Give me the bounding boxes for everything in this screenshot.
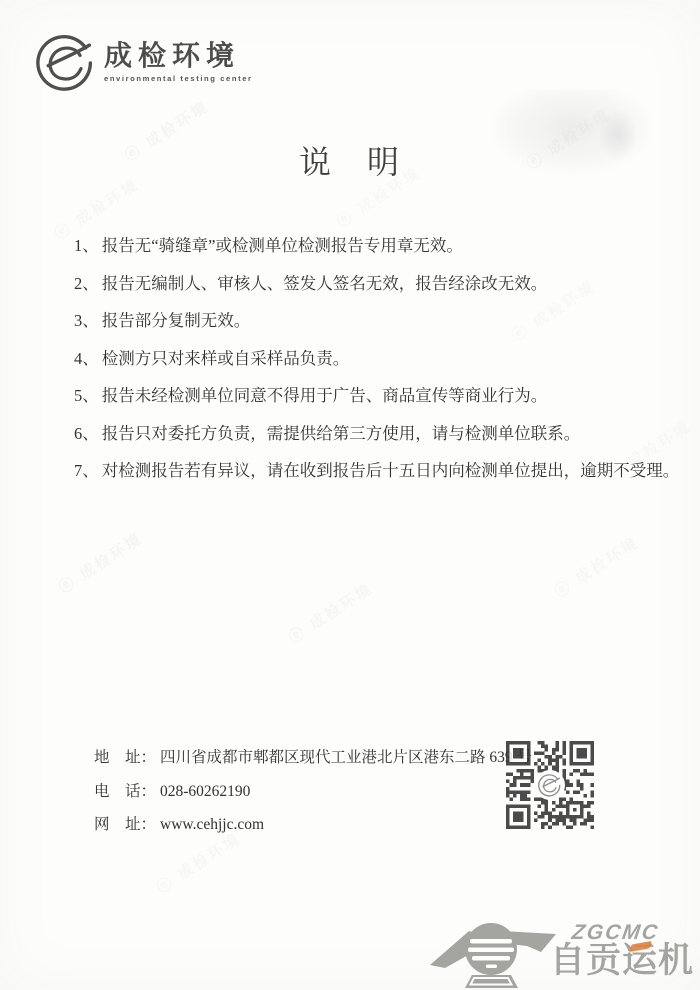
notes-list: 1、报告无“骑缝章”或检测单位检测报告专用章无效。 2、报告无编制人、审核人、签…: [74, 227, 670, 490]
note-item: 2、报告无编制人、审核人、签发人签名无效，报告经涂改无效。: [74, 265, 670, 303]
page-watermark: ⓔ 成检环境: [550, 531, 643, 602]
note-number: 3、: [74, 311, 99, 330]
contact-label: 地 址：: [94, 749, 156, 766]
stamp-cn-label: 自贡运机: [550, 941, 694, 980]
header: 成检环境 environmental testing center: [36, 32, 253, 92]
company-name: 成检环境: [104, 41, 253, 71]
company-e-logo-icon: [36, 32, 96, 92]
note-number: 5、: [74, 386, 99, 405]
note-item: 5、报告未经检测单位同意不得用于广告、商品宣传等商业行为。: [74, 377, 670, 415]
zgcmc-watermark-stamp: ZGCMC 自贡运机: [428, 916, 700, 990]
note-number: 1、: [74, 236, 99, 255]
page-watermark: ⓔ 成检环境: [284, 577, 377, 648]
qr-center-logo-icon: [537, 772, 563, 798]
page-watermark: ⓔ 成检环境: [54, 527, 147, 598]
contact-row: 地 址：四川省成都市郫都区现代工业港北片区港东二路 639 号: [94, 741, 532, 775]
contact-label: 电 话：: [94, 783, 156, 800]
qr-code: [506, 741, 594, 829]
note-text: 对检测报告若有异议，请在收到报告后十五日内向检测单位提出，逾期不受理。: [102, 461, 680, 480]
contact-value: 028-60262190: [160, 783, 250, 800]
note-text: 报告无编制人、审核人、签发人签名无效，报告经涂改无效。: [102, 274, 548, 293]
note-number: 4、: [74, 349, 99, 368]
company-logo-text: 成检环境 environmental testing center: [104, 41, 253, 83]
note-item: 4、检测方只对来样或自采样品负责。: [74, 340, 670, 378]
note-text: 报告无“骑缝章”或检测单位检测报告专用章无效。: [102, 236, 463, 255]
page-title: 说 明: [0, 137, 700, 183]
note-text: 报告未经检测单位同意不得用于广告、商品宣传等商业行为。: [102, 386, 548, 405]
contact-value: 四川省成都市郫都区现代工业港北片区港东二路 639 号: [160, 749, 532, 766]
bucket-wheel-machine-icon: [428, 918, 566, 990]
note-text: 检测方只对来样或自采样品负责。: [102, 349, 350, 368]
note-item: 7、对检测报告若有异议，请在收到报告后十五日内向检测单位提出，逾期不受理。: [74, 452, 670, 490]
contact-row: 电 话：028-60262190: [94, 775, 532, 809]
note-text: 报告部分复制无效。: [102, 311, 251, 330]
company-subtitle: environmental testing center: [104, 74, 253, 83]
note-number: 6、: [74, 424, 99, 443]
note-number: 7、: [74, 461, 99, 480]
note-number: 2、: [74, 274, 99, 293]
report-notes-page: ⓔ 成检环境 ⓔ 成检环境 ⓔ 成检环境 ⓔ 成检环境 ⓔ 成检环境 ⓔ 成检环…: [0, 0, 700, 990]
contact-row: 网 址：www.cehjjc.com: [94, 808, 532, 842]
note-item: 6、报告只对委托方负责，需提供给第三方使用，请与检测单位联系。: [74, 415, 670, 453]
stamp-cn-text: 自贡运机: [550, 942, 700, 980]
stamp-text: ZGCMC 自贡运机: [550, 922, 700, 980]
note-text: 报告只对委托方负责，需提供给第三方使用，请与检测单位联系。: [102, 424, 581, 443]
note-item: 3、报告部分复制无效。: [74, 302, 670, 340]
contact-label: 网 址：: [94, 816, 156, 833]
contact-value: www.cehjjc.com: [160, 816, 264, 833]
contact-block: 地 址：四川省成都市郫都区现代工业港北片区港东二路 639 号 电 话：028-…: [94, 741, 532, 842]
note-item: 1、报告无“骑缝章”或检测单位检测报告专用章无效。: [74, 227, 670, 265]
